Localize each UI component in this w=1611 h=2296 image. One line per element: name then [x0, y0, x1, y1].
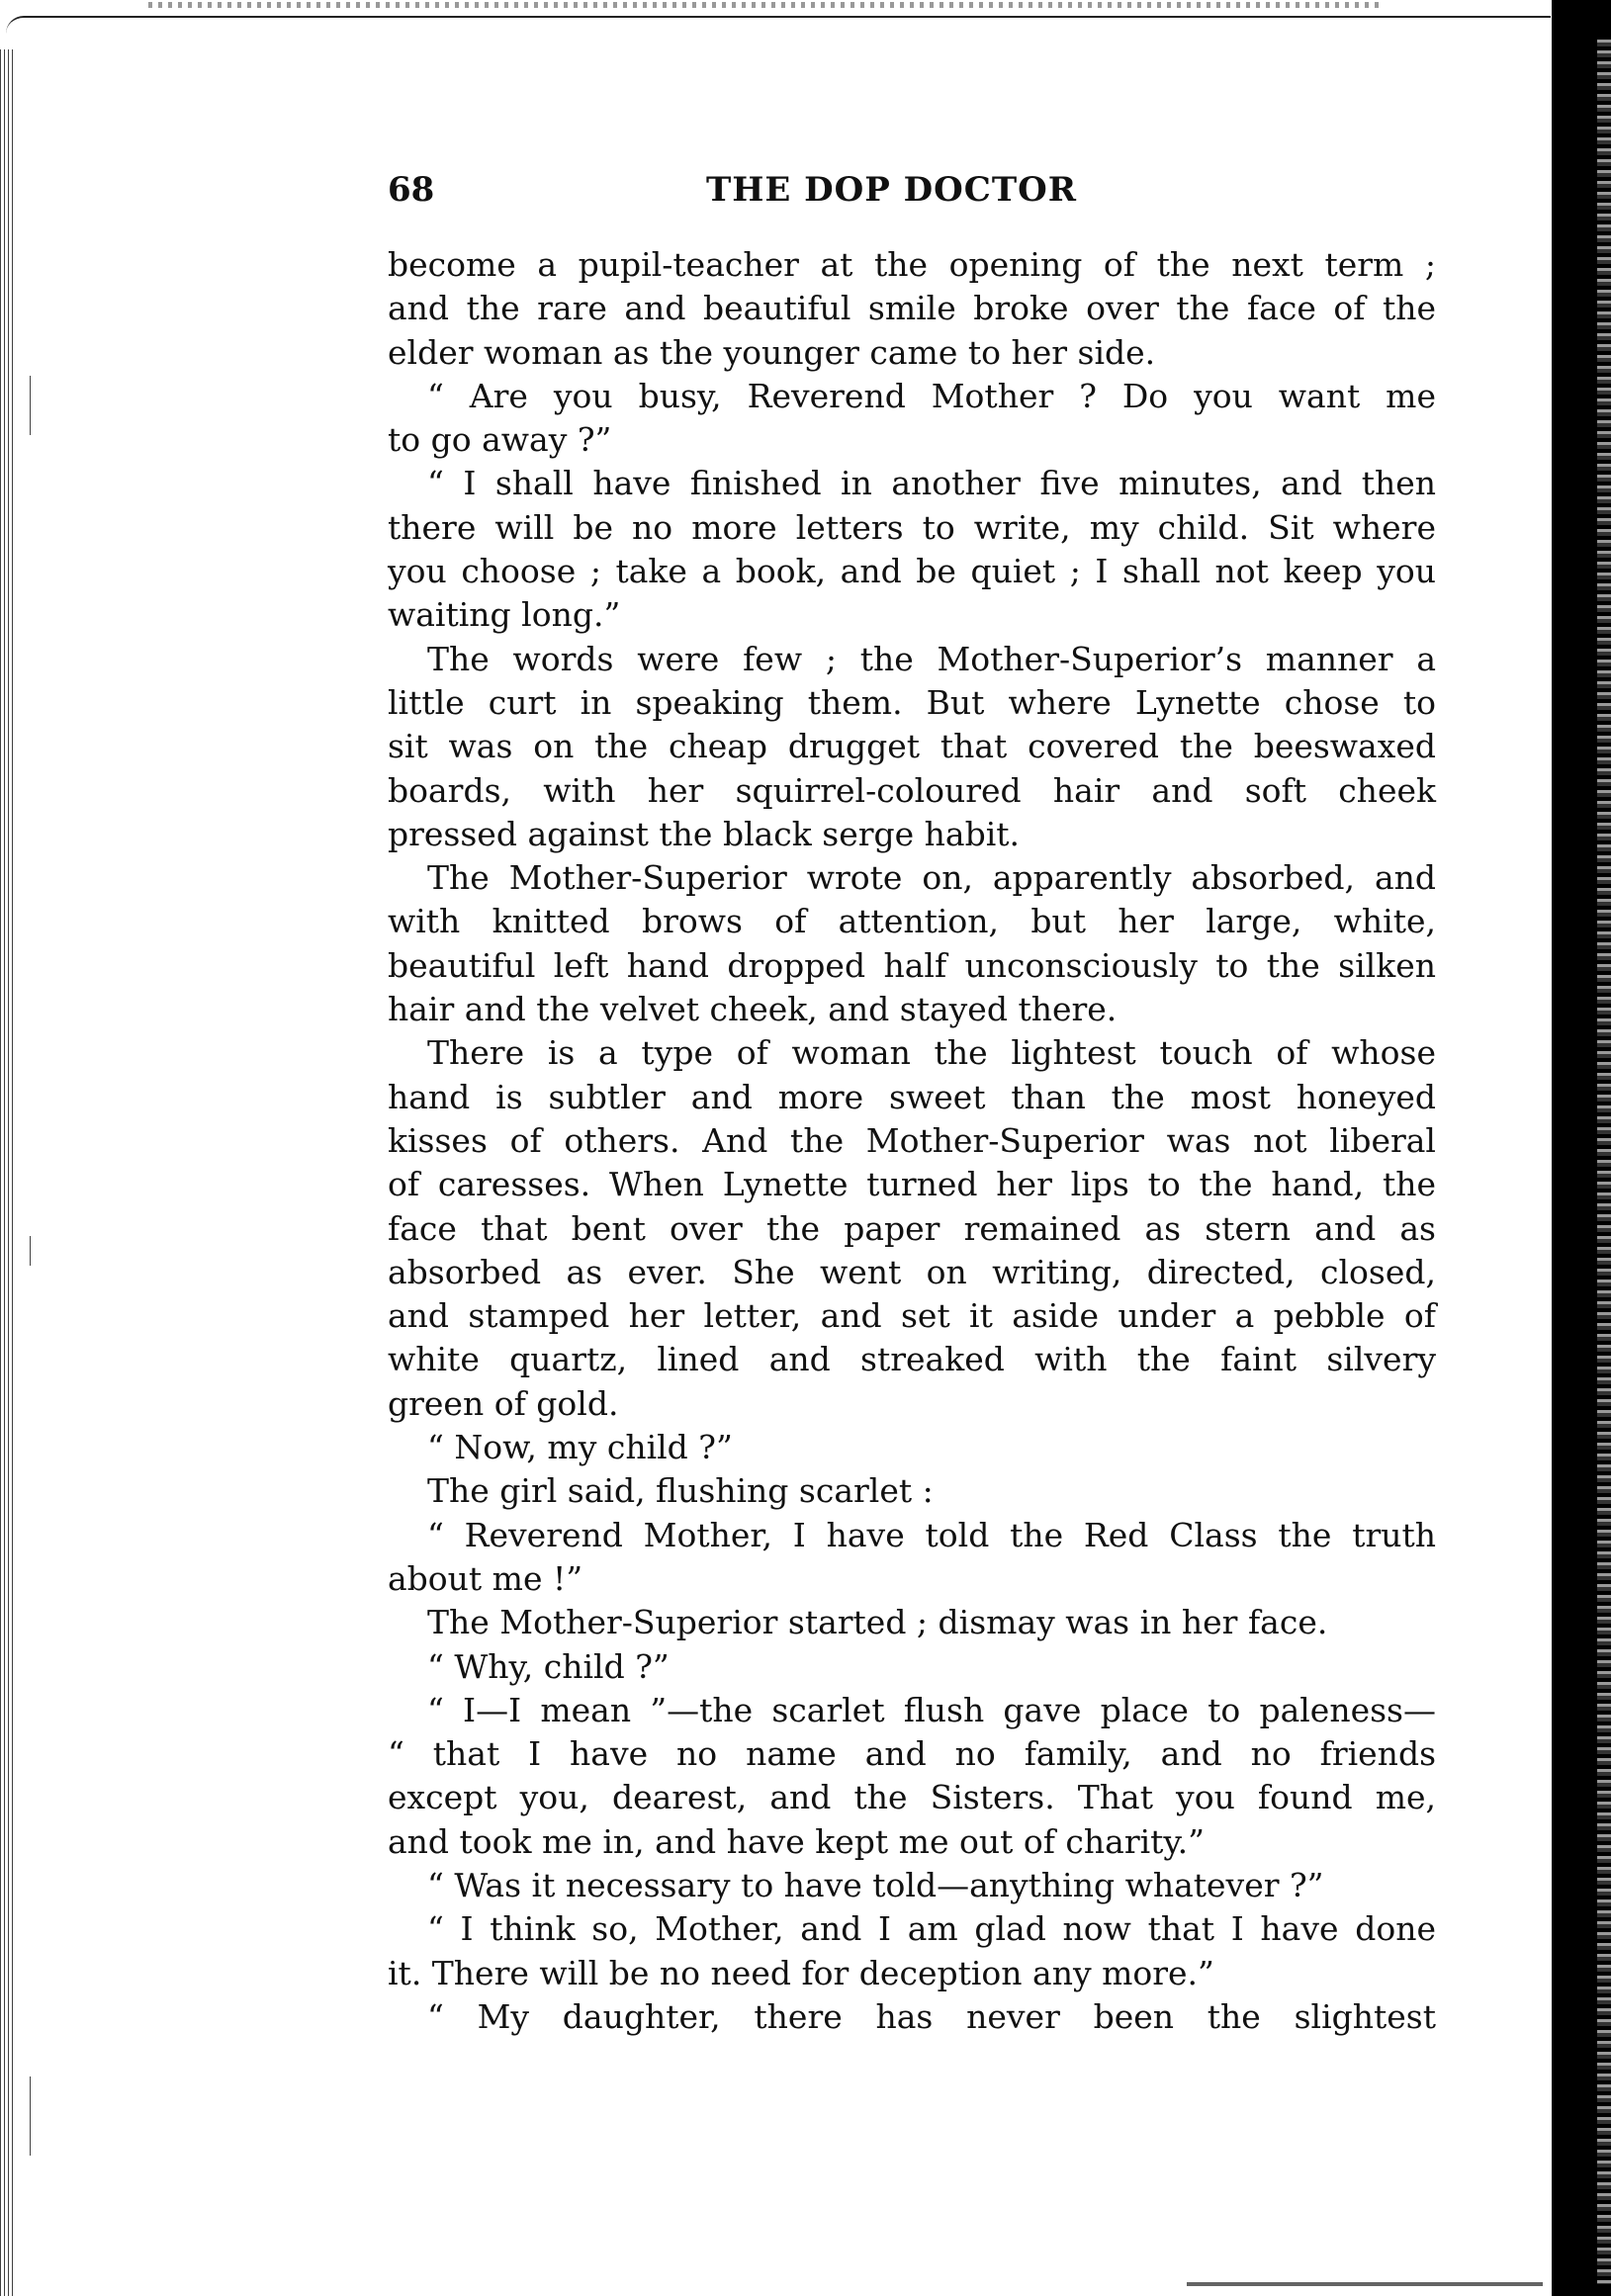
scan-artifact-bottom — [1187, 2282, 1543, 2286]
text-line: hand is subtler and more sweet than the … — [388, 1076, 1436, 1119]
scan-artifact-top — [148, 2, 1385, 8]
text-line: “ I think so, Mother, and I am glad now … — [388, 1907, 1436, 1951]
text-line: The Mother-Superior wrote on, apparently… — [388, 856, 1436, 900]
text-line: “ Now, my child ?” — [388, 1426, 1436, 1469]
running-head: 68 THE DOP DOCTOR — [388, 170, 1436, 214]
text-line: become a pupil-teacher at the opening of… — [388, 243, 1436, 287]
scan-artifact-tick — [30, 1236, 31, 1266]
text-line: about me !” — [388, 1557, 1436, 1601]
text-line: “ Was it necessary to have told—anything… — [388, 1864, 1436, 1907]
text-line: and stamped her letter, and set it aside… — [388, 1294, 1436, 1338]
text-line: pressed against the black serge habit. — [388, 813, 1436, 856]
text-line: There is a type of woman the lightest to… — [388, 1031, 1436, 1075]
text-line: hair and the velvet cheek, and stayed th… — [388, 988, 1436, 1031]
text-line: and the rare and beautiful smile broke o… — [388, 287, 1436, 330]
text-line: “ Why, child ?” — [388, 1645, 1436, 1689]
text-line: “ I—I mean ”—the scarlet flush gave plac… — [388, 1689, 1436, 1732]
scan-artifact-tick — [30, 2076, 31, 2156]
text-line: green of gold. — [388, 1382, 1436, 1426]
text-line: and took me in, and have kept me out of … — [388, 1820, 1436, 1864]
page-stack-edge-right — [1597, 40, 1611, 2284]
book-title: THE DOP DOCTOR — [706, 170, 1077, 210]
text-line: The Mother-Superior started ; dismay was… — [388, 1601, 1436, 1644]
body-text: become a pupil-teacher at the opening of… — [388, 243, 1436, 2039]
scan-artifact-tick — [30, 376, 31, 435]
text-line: with knitted brows of attention, but her… — [388, 900, 1436, 943]
text-line: you choose ; take a book, and be quiet ;… — [388, 550, 1436, 593]
text-line: absorbed as ever. She went on writing, d… — [388, 1251, 1436, 1294]
text-line: “ that I have no name and no family, and… — [388, 1732, 1436, 1776]
text-line: The words were few ; the Mother-Superior… — [388, 638, 1436, 681]
text-line: elder woman as the younger came to her s… — [388, 331, 1436, 375]
text-line: “ Reverend Mother, I have told the Red C… — [388, 1514, 1436, 1557]
text-line: beautiful left hand dropped half unconsc… — [388, 944, 1436, 988]
text-line: “ Are you busy, Reverend Mother ? Do you… — [388, 375, 1436, 418]
text-line: boards, with her squirrel-coloured hair … — [388, 769, 1436, 813]
text-line: “ I shall have finished in another five … — [388, 462, 1436, 505]
text-line: it. There will be no need for deception … — [388, 1952, 1436, 1995]
text-line: little curt in speaking them. But where … — [388, 681, 1436, 725]
text-line: white quartz, lined and streaked with th… — [388, 1338, 1436, 1381]
text-line: face that bent over the paper remained a… — [388, 1207, 1436, 1251]
text-line: kisses of others. And the Mother-Superio… — [388, 1119, 1436, 1163]
text-line: except you, dearest, and the Sisters. Th… — [388, 1776, 1436, 1819]
text-line: waiting long.” — [388, 593, 1436, 637]
text-line: sit was on the cheap drugget that covere… — [388, 725, 1436, 768]
text-line: there will be no more letters to write, … — [388, 506, 1436, 550]
text-line: The girl said, flushing scarlet : — [388, 1469, 1436, 1513]
page-number: 68 — [388, 170, 434, 210]
text-line: to go away ?” — [388, 418, 1436, 462]
text-line: of caresses. When Lynette turned her lip… — [388, 1163, 1436, 1206]
text-line: “ My daughter, there has never been the … — [388, 1995, 1436, 2039]
page-stack-edge-left — [0, 49, 14, 2296]
